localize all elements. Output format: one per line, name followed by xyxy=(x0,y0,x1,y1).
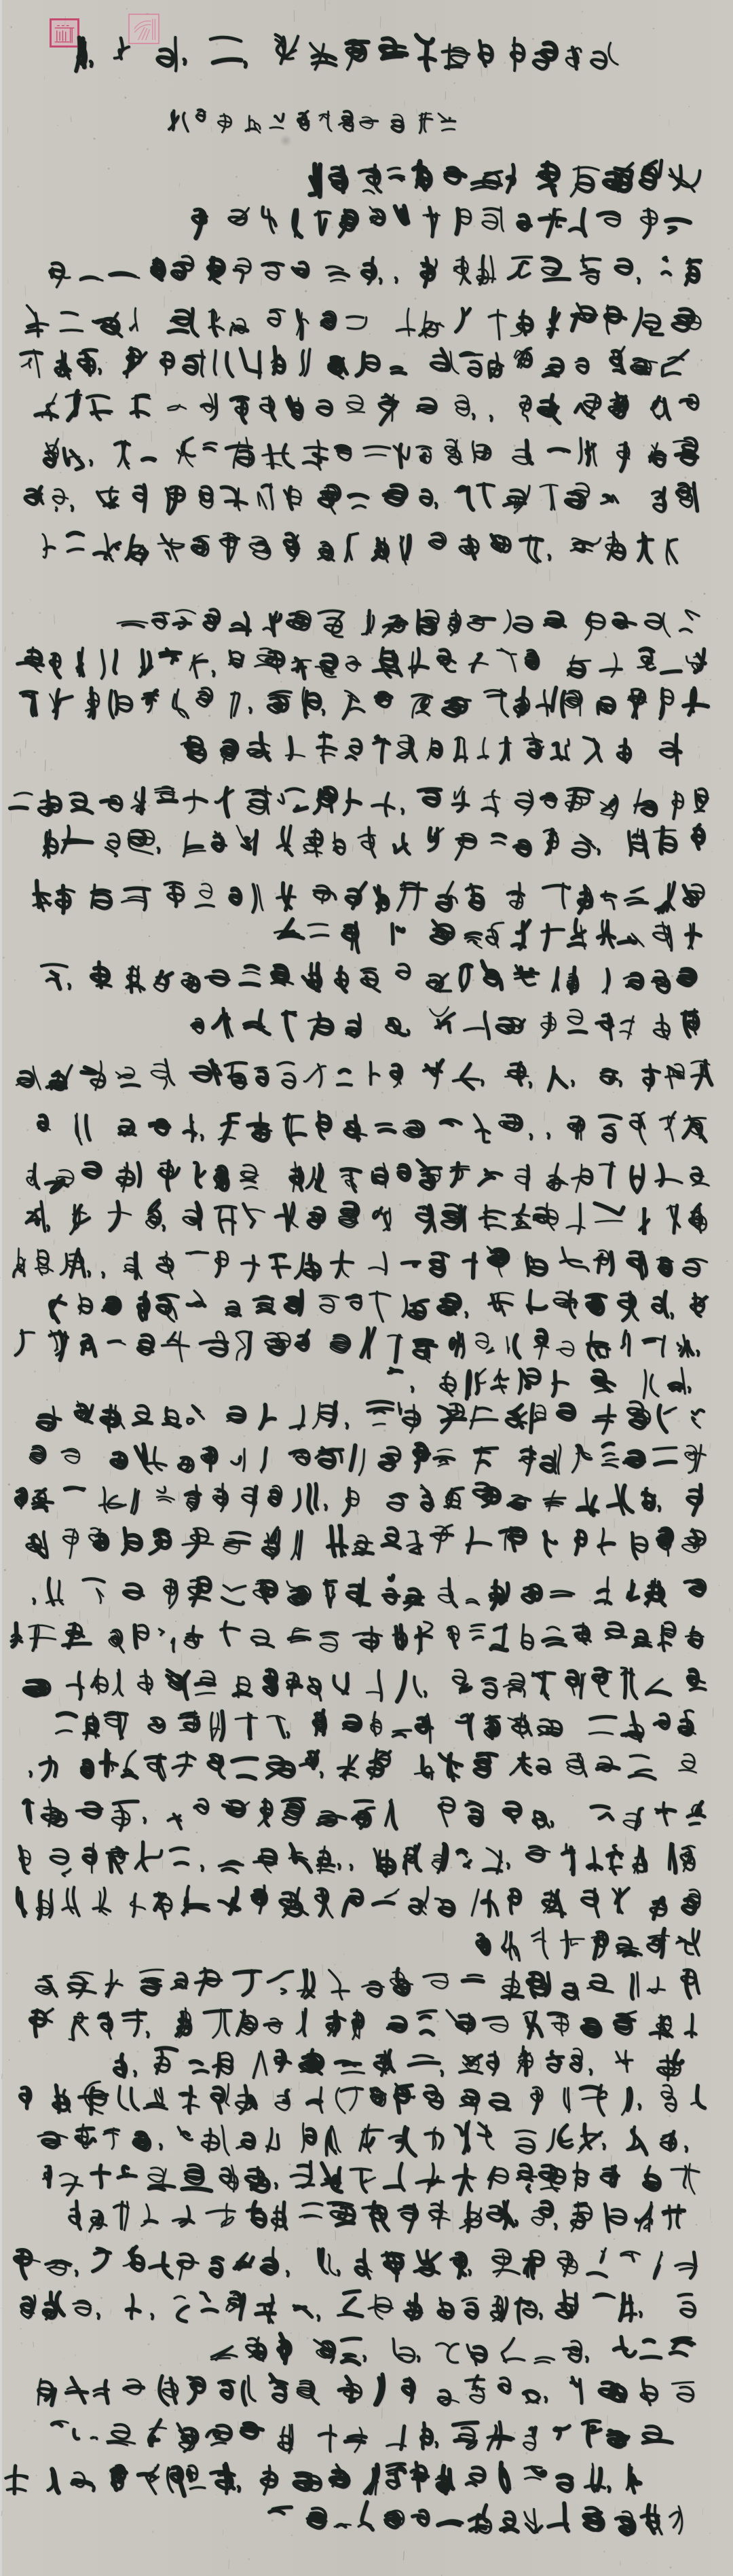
brush-stroke xyxy=(50,1890,52,1917)
calligraphy-glyph xyxy=(618,443,629,471)
brush-stroke xyxy=(112,1811,130,1825)
calligraphy-glyph xyxy=(16,1488,27,1508)
brush-stroke xyxy=(14,793,32,796)
calligraphy-line xyxy=(269,2502,682,2535)
calligraphy-glyph xyxy=(393,1730,411,1737)
brush-stroke xyxy=(108,1496,126,1508)
calligraphy-glyph xyxy=(502,1972,523,2000)
calligraphy-glyph xyxy=(616,2511,635,2535)
calligraphy-glyph xyxy=(419,789,441,805)
calligraphy-glyph xyxy=(338,1756,358,1780)
brush-stroke xyxy=(551,1596,571,1597)
brush-stroke xyxy=(282,2427,284,2450)
calligraphy-glyph xyxy=(671,2338,695,2355)
brush-stroke xyxy=(318,2316,319,2321)
calligraphy-glyph xyxy=(605,2204,626,2232)
brush-stroke xyxy=(571,167,579,197)
calligraphy-glyph xyxy=(20,692,37,716)
brush-stroke xyxy=(155,614,166,628)
brush-stroke xyxy=(515,972,538,974)
calligraphy-glyph xyxy=(548,1134,549,1139)
calligraphy-glyph xyxy=(189,1577,210,1605)
brush-stroke xyxy=(204,2010,231,2012)
calligraphy-glyph xyxy=(589,1716,616,1734)
brush-stroke xyxy=(56,1731,72,1733)
brush-stroke xyxy=(225,788,228,817)
calligraphy-glyph xyxy=(183,1202,201,1229)
brush-stroke xyxy=(230,629,248,630)
calligraphy-glyph xyxy=(581,2085,607,2115)
calligraphy-glyph xyxy=(520,396,530,421)
calligraphy-glyph xyxy=(207,2425,231,2445)
calligraphy-glyph xyxy=(132,788,145,813)
calligraphy-glyph xyxy=(208,257,224,283)
calligraphy-glyph xyxy=(603,2144,605,2149)
brush-stroke xyxy=(10,807,27,808)
brush-stroke xyxy=(343,211,356,225)
calligraphy-glyph xyxy=(453,2423,478,2448)
calligraphy-glyph xyxy=(71,506,73,511)
calligraphy-glyph xyxy=(83,1713,98,1740)
calligraphy-glyph xyxy=(685,2014,696,2037)
brush-stroke xyxy=(348,411,364,412)
calligraphy-glyph xyxy=(543,883,569,908)
calligraphy-glyph xyxy=(152,259,164,280)
brush-stroke xyxy=(698,1351,699,1356)
calligraphy-glyph xyxy=(453,787,468,812)
brush-stroke xyxy=(73,794,86,808)
brush-stroke xyxy=(420,119,432,120)
brush-stroke xyxy=(273,2387,286,2402)
brush-stroke xyxy=(280,1893,297,1907)
brush-stroke xyxy=(276,2184,277,2188)
brush-stroke xyxy=(305,2129,315,2143)
calligraphy-glyph xyxy=(645,613,670,637)
brush-stroke xyxy=(586,442,588,453)
brush-stroke xyxy=(293,1858,311,1872)
calligraphy-glyph xyxy=(424,2086,443,2108)
brush-stroke xyxy=(650,1375,658,1396)
brush-stroke xyxy=(246,2338,259,2353)
brush-stroke xyxy=(222,1598,243,1604)
brush-stroke xyxy=(469,361,481,375)
brush-stroke xyxy=(244,1204,255,1227)
brush-stroke xyxy=(190,1598,209,1600)
brush-stroke xyxy=(212,1756,223,1765)
calligraphy-glyph xyxy=(438,650,455,671)
calligraphy-glyph xyxy=(410,1888,428,1915)
brush-stroke xyxy=(387,2444,406,2446)
calligraphy-glyph xyxy=(117,1163,140,1192)
calligraphy-glyph xyxy=(358,2502,373,2530)
brush-stroke xyxy=(442,121,455,122)
calligraphy-glyph xyxy=(195,884,214,907)
calligraphy-glyph xyxy=(236,2086,257,2114)
brush-stroke xyxy=(455,738,458,761)
brush-stroke xyxy=(542,930,564,932)
calligraphy-glyph xyxy=(552,1822,553,1826)
calligraphy-glyph xyxy=(599,1528,614,1554)
brush-stroke xyxy=(41,1202,45,1232)
calligraphy-glyph xyxy=(222,1585,245,1604)
calligraphy-glyph xyxy=(464,1254,476,1278)
calligraphy-glyph xyxy=(537,688,556,716)
brush-stroke xyxy=(308,1485,312,1513)
calligraphy-glyph xyxy=(347,41,369,70)
calligraphy-line xyxy=(5,2463,640,2495)
calligraphy-glyph xyxy=(563,1844,575,1874)
brush-stroke xyxy=(591,1806,609,1808)
brush-stroke xyxy=(62,1907,73,1909)
calligraphy-glyph xyxy=(351,2169,375,2192)
calligraphy-glyph xyxy=(77,1803,102,1817)
calligraphy-glyph xyxy=(421,1486,434,1511)
brush-stroke xyxy=(659,1405,667,1432)
brush-stroke xyxy=(270,127,283,128)
calligraphy-glyph xyxy=(185,790,206,813)
brush-stroke xyxy=(519,1372,521,1393)
calligraphy-glyph xyxy=(92,962,111,988)
calligraphy-line xyxy=(181,733,680,765)
brush-stroke xyxy=(510,1932,512,1959)
calligraphy-glyph xyxy=(336,2087,362,2114)
brush-stroke xyxy=(343,111,352,123)
calligraphy-glyph xyxy=(541,1013,555,1038)
calligraphy-glyph xyxy=(515,2298,536,2323)
calligraphy-glyph xyxy=(478,738,488,759)
calligraphy-glyph xyxy=(572,1081,574,1086)
brush-stroke xyxy=(326,267,343,270)
calligraphy-glyph xyxy=(109,1630,124,1653)
calligraphy-glyph xyxy=(690,1204,707,1233)
calligraphy-glyph xyxy=(124,2380,143,2394)
brush-stroke xyxy=(558,2476,571,2478)
calligraphy-glyph xyxy=(284,534,299,561)
calligraphy-glyph xyxy=(93,2249,111,2272)
calligraphy-glyph xyxy=(229,208,248,224)
calligraphy-glyph xyxy=(349,494,368,508)
brush-stroke xyxy=(658,2252,662,2264)
brush-stroke xyxy=(552,688,557,711)
calligraphy-glyph xyxy=(284,1115,305,1145)
calligraphy-glyph xyxy=(291,2162,314,2188)
calligraphy-glyph xyxy=(101,1405,124,1432)
brush-stroke xyxy=(422,699,427,709)
brush-stroke xyxy=(656,405,664,417)
brush-stroke xyxy=(176,689,185,717)
brush-stroke xyxy=(144,1818,145,1823)
calligraphy-glyph xyxy=(18,648,43,672)
calligraphy-glyph xyxy=(380,278,381,283)
calligraphy-glyph xyxy=(60,312,82,331)
brush-stroke xyxy=(117,697,132,711)
calligraphy-glyph xyxy=(343,1488,359,1515)
calligraphy-glyph xyxy=(327,2011,345,2035)
brush-stroke xyxy=(313,1403,320,1429)
brush-stroke xyxy=(214,350,216,375)
brush-stroke xyxy=(664,1407,676,1414)
brush-stroke xyxy=(505,1531,508,1550)
calligraphy-glyph xyxy=(346,1014,360,1037)
calligraphy-glyph xyxy=(318,1112,331,1139)
calligraphy-glyph xyxy=(432,1844,447,1873)
brush-stroke xyxy=(426,44,428,70)
brush-stroke xyxy=(350,708,364,712)
calligraphy-glyph xyxy=(21,350,42,377)
calligraphy-glyph xyxy=(223,1801,249,1816)
calligraphy-glyph xyxy=(320,111,332,131)
brush-stroke xyxy=(466,933,481,935)
brush-stroke xyxy=(123,1528,127,1554)
brush-stroke xyxy=(575,48,581,58)
calligraphy-glyph xyxy=(136,1842,162,1871)
brush-stroke xyxy=(30,1771,31,1776)
calligraphy-glyph xyxy=(600,2382,626,2401)
calligraphy-glyph xyxy=(48,1226,49,1230)
calligraphy-glyph xyxy=(216,788,233,817)
calligraphy-glyph xyxy=(557,1342,574,1356)
calligraphy-glyph xyxy=(303,441,327,470)
calligraphy-glyph xyxy=(445,168,465,183)
brush-stroke xyxy=(338,1767,354,1769)
brush-stroke xyxy=(446,66,462,67)
brush-stroke xyxy=(383,1463,395,1466)
calligraphy-glyph xyxy=(173,2207,194,2226)
calligraphy-glyph xyxy=(437,882,457,910)
calligraphy-glyph xyxy=(467,1369,486,1399)
calligraphy-glyph xyxy=(271,1255,290,1277)
brush-stroke xyxy=(322,1633,337,1634)
brush-stroke xyxy=(388,168,400,170)
calligraphy-glyph xyxy=(684,885,704,906)
brush-stroke xyxy=(166,551,170,559)
brush-stroke xyxy=(660,1259,664,1270)
brush-stroke xyxy=(347,317,366,329)
calligraphy-glyph xyxy=(35,394,57,420)
brush-stroke xyxy=(322,314,335,328)
calligraphy-glyph xyxy=(593,1669,611,1696)
calligraphy-glyph xyxy=(682,1530,705,1552)
calligraphy-glyph xyxy=(396,278,397,282)
brush-stroke xyxy=(331,280,345,282)
calligraphy-glyph xyxy=(601,796,618,819)
brush-stroke xyxy=(284,1205,288,1230)
calligraphy-glyph xyxy=(191,1061,221,1084)
calligraphy-glyph xyxy=(321,1773,322,1778)
calligraphy-glyph xyxy=(258,484,273,509)
brush-stroke xyxy=(174,2296,185,2298)
calligraphy-glyph xyxy=(162,1332,189,1361)
calligraphy-glyph xyxy=(183,1528,213,1557)
calligraphy-glyph xyxy=(157,1252,173,1279)
calligraphy-glyph xyxy=(76,37,86,71)
calligraphy-glyph xyxy=(689,1387,690,1392)
brush-stroke xyxy=(532,2467,545,2476)
calligraphy-glyph xyxy=(178,1457,193,1471)
calligraphy-glyph xyxy=(362,257,375,284)
calligraphy-glyph xyxy=(680,610,699,632)
calligraphy-glyph xyxy=(402,1262,419,1267)
calligraphy-glyph xyxy=(597,1014,613,1039)
brush-stroke xyxy=(640,2312,641,2317)
calligraphy-glyph xyxy=(373,648,401,677)
calligraphy-glyph xyxy=(596,1577,611,1604)
calligraphy-glyph xyxy=(511,38,524,71)
brush-stroke xyxy=(246,1333,251,1359)
calligraphy-line xyxy=(14,1247,707,1281)
calligraphy-glyph xyxy=(384,485,407,505)
calligraphy-glyph xyxy=(500,1528,525,1551)
calligraphy-line xyxy=(33,881,704,913)
brush-stroke xyxy=(268,312,280,326)
calligraphy-glyph xyxy=(571,538,601,551)
calligraphy-glyph xyxy=(613,1888,628,1913)
brush-stroke xyxy=(140,1970,164,1972)
brush-stroke xyxy=(158,848,159,853)
brush-stroke xyxy=(629,1775,655,1779)
brush-stroke xyxy=(270,691,290,694)
calligraphy-glyph xyxy=(277,883,295,910)
calligraphy-glyph xyxy=(632,1972,639,1999)
calligraphy-glyph xyxy=(206,971,229,985)
brush-stroke xyxy=(328,1545,347,1547)
brush-stroke xyxy=(474,1448,497,1451)
calligraphy-glyph xyxy=(518,2165,537,2192)
brush-stroke xyxy=(563,1852,574,1854)
brush-stroke xyxy=(93,2486,94,2490)
calligraphy-glyph xyxy=(109,1202,131,1230)
calligraphy-glyph xyxy=(562,691,582,717)
calligraphy-glyph xyxy=(303,963,320,991)
calligraphy-glyph xyxy=(547,2051,563,2072)
brush-stroke xyxy=(423,2423,425,2449)
brush-stroke xyxy=(424,215,440,215)
brush-stroke xyxy=(210,37,241,41)
calligraphy-glyph xyxy=(163,1407,180,1427)
calligraphy-glyph xyxy=(542,258,569,280)
calligraphy-line xyxy=(23,1798,704,1830)
calligraphy-glyph xyxy=(586,612,605,640)
brush-stroke xyxy=(213,2258,223,2260)
brush-stroke xyxy=(121,900,145,902)
brush-stroke xyxy=(321,1773,322,1778)
calligraphy-glyph xyxy=(24,1680,50,1695)
brush-stroke xyxy=(76,1405,88,1419)
brush-stroke xyxy=(368,1401,393,1403)
calligraphy-glyph xyxy=(234,1677,251,1697)
calligraphy-glyph xyxy=(383,1576,399,1604)
brush-stroke xyxy=(57,889,74,891)
brush-stroke xyxy=(7,2488,26,2490)
calligraphy-glyph xyxy=(160,649,181,663)
calligraphy-glyph xyxy=(321,311,336,328)
brush-stroke xyxy=(679,2268,692,2270)
calligraphy-glyph xyxy=(246,116,260,133)
brush-stroke xyxy=(91,2437,97,2440)
brush-stroke xyxy=(504,2359,525,2361)
calligraphy-glyph xyxy=(622,2089,631,2115)
brush-stroke xyxy=(123,1775,137,1778)
brush-stroke xyxy=(52,1295,61,1317)
brush-stroke xyxy=(609,1163,612,1187)
brush-stroke xyxy=(643,2441,672,2443)
calligraphy-glyph xyxy=(185,1626,202,1648)
calligraphy-line xyxy=(12,1622,703,1654)
calligraphy-glyph xyxy=(50,653,60,677)
calligraphy-glyph xyxy=(287,2271,288,2276)
brush-stroke xyxy=(510,1689,521,1691)
brush-stroke xyxy=(413,2055,432,2057)
calligraphy-glyph xyxy=(328,1526,347,1556)
brush-stroke xyxy=(63,1644,90,1646)
calligraphy-glyph xyxy=(48,2469,59,2492)
calligraphy-glyph xyxy=(479,41,492,66)
calligraphy-glyph xyxy=(523,1585,541,1602)
calligraphy-glyph xyxy=(209,310,223,335)
calligraphy-glyph xyxy=(673,309,700,331)
calligraphy-glyph xyxy=(491,535,510,552)
calligraphy-glyph xyxy=(316,1448,342,1467)
brush-stroke xyxy=(104,1488,107,1513)
brush-stroke xyxy=(685,610,699,619)
calligraphy-glyph xyxy=(669,1368,685,1394)
calligraphy-glyph xyxy=(188,2377,205,2404)
calligraphy-glyph xyxy=(202,394,217,420)
calligraphy-glyph xyxy=(237,2133,254,2148)
brush-stroke xyxy=(144,889,146,910)
calligraphy-glyph xyxy=(654,827,676,853)
calligraphy-glyph xyxy=(56,1713,76,1733)
calligraphy-glyph xyxy=(16,1067,41,1090)
calligraphy-glyph xyxy=(300,349,309,375)
brush-stroke xyxy=(119,2086,128,2110)
calligraphy-glyph xyxy=(631,1113,645,1145)
brush-stroke xyxy=(391,1368,397,1373)
calligraphy-glyph xyxy=(161,353,173,375)
calligraphy-glyph xyxy=(376,1124,394,1133)
brush-stroke xyxy=(346,756,356,760)
calligraphy-glyph xyxy=(531,2087,542,2114)
calligraphy-glyph xyxy=(146,1200,160,1228)
calligraphy-glyph xyxy=(574,1623,590,1644)
brush-stroke xyxy=(115,2061,126,2076)
calligraphy-glyph xyxy=(654,922,672,951)
brush-stroke xyxy=(365,454,386,456)
calligraphy-line xyxy=(26,1200,707,1234)
calligraphy-glyph xyxy=(438,1403,465,1432)
calligraphy-line xyxy=(26,1525,705,1559)
brush-stroke xyxy=(398,2209,414,2211)
calligraphy-glyph xyxy=(366,1670,381,1700)
brush-stroke xyxy=(495,1375,508,1380)
brush-stroke xyxy=(632,1975,633,1999)
calligraphy-glyph xyxy=(287,397,303,420)
calligraphy-glyph xyxy=(641,2379,657,2406)
calligraphy-glyph xyxy=(298,111,309,130)
calligraphy-line xyxy=(43,825,704,860)
calligraphy-glyph xyxy=(530,1135,531,1139)
brush-stroke xyxy=(315,1019,332,1033)
brush-stroke xyxy=(215,1207,236,1208)
calligraphy-glyph xyxy=(620,2294,636,2321)
calligraphy-glyph xyxy=(172,1973,187,1989)
calligraphy-glyph xyxy=(304,829,322,856)
brush-stroke xyxy=(598,936,614,938)
brush-stroke xyxy=(114,650,116,674)
brush-stroke xyxy=(140,650,144,676)
calligraphy-glyph xyxy=(482,1080,483,1085)
calligraphy-glyph xyxy=(314,1710,326,1735)
